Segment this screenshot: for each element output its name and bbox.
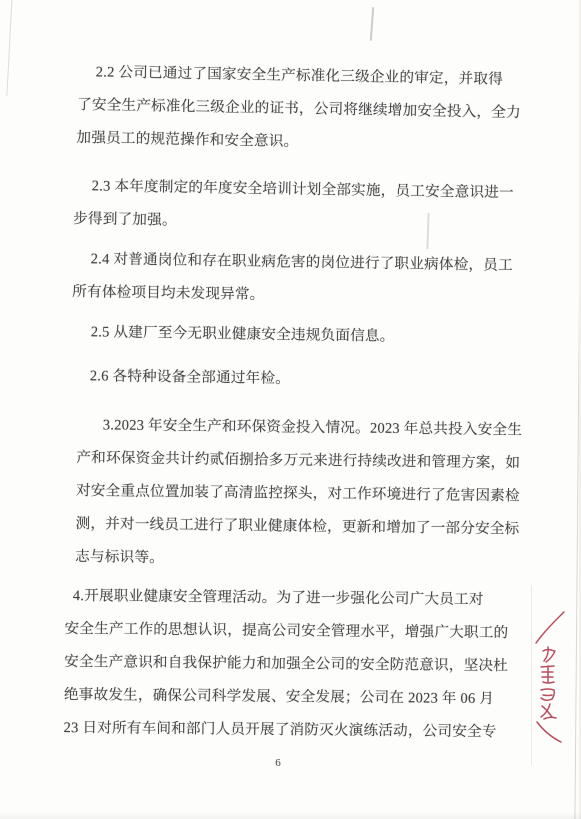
text-line: 3.2023 年安全生产和环保资金投入情况。2023 年总共投入安全生 (77, 409, 523, 447)
text-line: 安全生产意识和自我保护能力和加强全公司的安全防范意识，坚决杜 (64, 646, 508, 683)
paragraph-2-5: 2.5 从建厂至今无职业健康安全违规负面信息。 (73, 316, 395, 354)
paragraph-3: 3.2023 年安全生产和环保资金投入情况。2023 年总共投入安全生 产和环保… (75, 409, 522, 579)
paragraph-4: 4.开展职业健康安全管理活动。为了进一步强化公司广大员工对 安全生产工作的思想认… (63, 580, 508, 749)
page-number: 6 (270, 757, 286, 769)
paragraph-2-4: 2.4 对普通岗位和存在职业病危害的岗位进行了职业病体检，员工 所有体检项目均未… (72, 243, 513, 316)
text-line: 2.6 各特种设备全部通过年检。 (72, 360, 291, 396)
paragraph-2-2: 2.2 公司已通过了国家安全生产标准化三级企业的审定，并取得 了安全生产标准化三… (76, 56, 522, 163)
page-edge-line-right (574, 0, 581, 819)
paragraph-2-6: 2.6 各特种设备全部通过年检。 (72, 360, 291, 396)
text-line: 安全生产工作的思想认识，提高公司安全管理水平，增强广大职工的 (64, 613, 508, 650)
text-line: 23 日对所有车间和部门人员开展了消防灭火演练活动，公司安全专 (63, 712, 507, 749)
text-line: 绝事故发生，确保公司科学发展、安全发展；公司在 2023 年 06 月 (64, 679, 508, 716)
paper-fold-line (531, 585, 532, 765)
page-bottom-shadow (0, 812, 581, 819)
text-line: 测，并对一线员工进行了职业健康体检，更新和增加了一部分安全标 (75, 508, 521, 546)
text-line: 所有体检项目均未发现异常。 (72, 276, 513, 316)
scan-smudge-top (370, 7, 374, 41)
text-line: 4.开展职业健康安全管理活动。为了进一步强化公司广大员工对 (65, 580, 509, 617)
paragraph-2-3: 2.3 本年度制定的年度安全培训计划全部实施，员工安全意识进一 步得到了加强。 (73, 170, 514, 243)
handwritten-red-ink-mark (529, 610, 567, 744)
text-line: 对安全重点位置加装了高清监控探头，对工作环境进行了危害因素检 (76, 475, 522, 513)
text-line: 志与标识等。 (75, 541, 521, 579)
scanned-document-page: 2.2 公司已通过了国家安全生产标准化三级企业的审定，并取得 了安全生产标准化三… (0, 0, 581, 819)
text-line: 2.5 从建厂至今无职业健康安全违规负面信息。 (73, 316, 395, 354)
page-edge-line-left (6, 0, 12, 96)
text-line: 产和环保资金共计约贰佰捌拾多万元来进行持续改进和管理方案，如 (76, 442, 522, 480)
